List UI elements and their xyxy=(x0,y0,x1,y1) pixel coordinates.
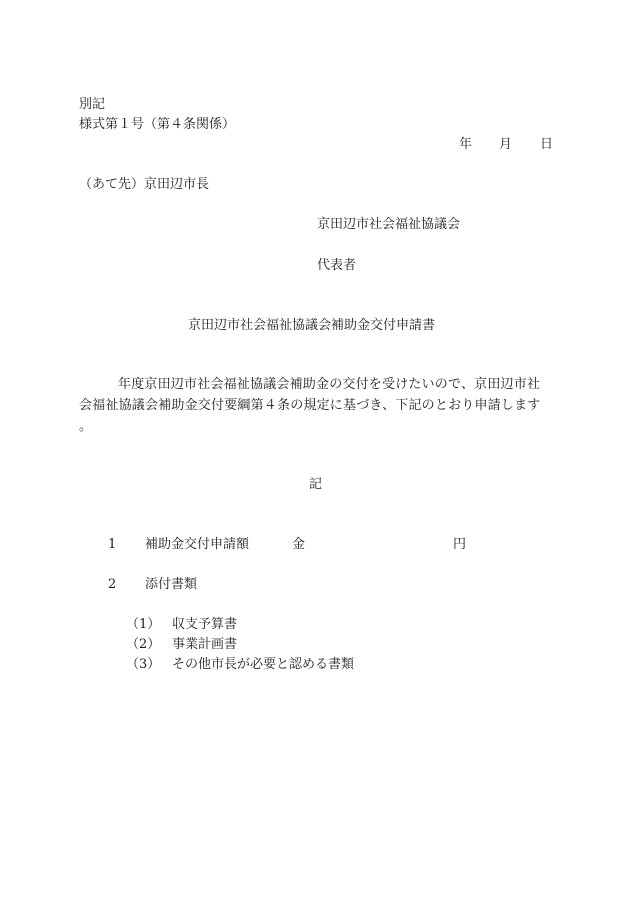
ki-heading: 記 xyxy=(309,477,322,493)
document-title: 京田辺市社会福祉協議会補助金交付申請書 xyxy=(188,318,435,334)
item-label: 補助金交付申請額 xyxy=(145,537,249,553)
appendix-label: 別記 xyxy=(79,97,105,113)
body-line-3: 。 xyxy=(79,416,554,437)
form-number: 様式第１号（第４条関係） xyxy=(79,117,235,133)
item-number: 2 xyxy=(108,577,116,593)
addressee: （あて先）京田辺市長 xyxy=(79,177,209,193)
attachment-number: （3） xyxy=(126,657,160,673)
body-line-1: 年度京田辺市社会福祉協議会補助金の交付を受けたいので、京田辺市社 xyxy=(118,377,540,392)
body-paragraph: 年度京田辺市社会福祉協議会補助金の交付を受けたいので、京田辺市社 会福祉協議会補… xyxy=(79,374,554,437)
attachment-number: （2） xyxy=(126,637,160,653)
applicant-organization: 京田辺市社会福祉協議会 xyxy=(317,217,460,233)
item-label: 添付書類 xyxy=(145,577,197,593)
date-day: 日 xyxy=(540,137,553,153)
item-number: 1 xyxy=(108,537,116,553)
date-year: 年 xyxy=(459,137,472,153)
attachment-number: （1） xyxy=(126,617,160,633)
amount-suffix: 円 xyxy=(453,537,466,553)
applicant-representative: 代表者 xyxy=(317,258,356,274)
body-line-2: 会福祉協議会補助金交付要綱第４条の規定に基づき、下記のとおり申請します xyxy=(79,395,554,416)
attachment-label: 収支予算書 xyxy=(172,617,237,633)
attachment-label: 事業計画書 xyxy=(172,637,237,653)
amount-prefix: 金 xyxy=(292,537,305,553)
date-month: 月 xyxy=(499,137,512,153)
attachment-label: その他市長が必要と認める書類 xyxy=(172,657,354,673)
